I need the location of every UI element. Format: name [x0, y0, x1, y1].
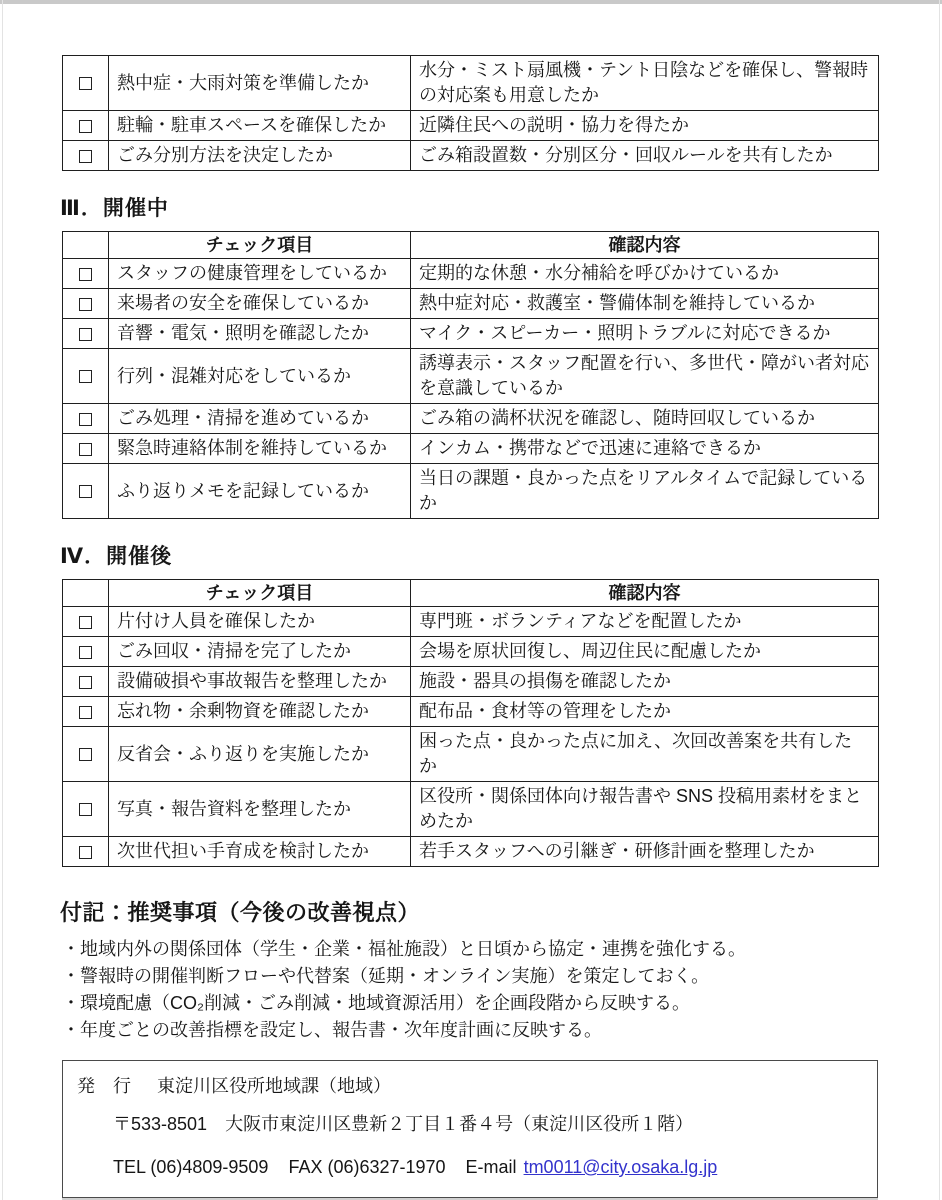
checkbox[interactable]: [79, 485, 92, 498]
check-detail: 困った点・良かった点に加え、次回改善案を共有したか: [411, 727, 879, 782]
pre-event-checklist-table: 熱中症・大雨対策を準備したか 水分・ミスト扇風機・テント日陰などを確保し、警報時…: [62, 55, 879, 171]
checkbox[interactable]: [79, 370, 92, 383]
checkbox-cell: [63, 319, 109, 349]
checkbox-cell: [63, 56, 109, 111]
table-row: 反省会・ふり返りを実施したか 困った点・良かった点に加え、次回改善案を共有したか: [63, 727, 879, 782]
checkbox-cell: [63, 727, 109, 782]
detail-column-header: 確認内容: [411, 232, 879, 259]
check-item: スタッフの健康管理をしているか: [109, 259, 411, 289]
screenshot-top-edge: [0, 0, 942, 4]
checkbox-cell: [63, 434, 109, 464]
table-row: 写真・報告資料を整理したか 区役所・関係団体向け報告書や SNS 投稿用素材をま…: [63, 782, 879, 837]
table-row: ごみ分別方法を決定したか ごみ箱設置数・分別区分・回収ルールを共有したか: [63, 141, 879, 171]
checkbox-cell: [63, 349, 109, 404]
checkbox-column-header: [63, 232, 109, 259]
table-row: 次世代担い手育成を検討したか 若手スタッフへの引継ぎ・研修計画を整理したか: [63, 837, 879, 867]
notes-heading: 付記：推奨事項（今後の改善視点）: [60, 896, 878, 927]
checkbox[interactable]: [79, 443, 92, 456]
after-event-checklist-table: チェック項目 確認内容 片付け人員を確保したか 専門班・ボランティアなどを配置し…: [62, 579, 879, 867]
detail-column-header: 確認内容: [411, 580, 879, 607]
table-row: 緊急時連絡体制を維持しているか インカム・携帯などで迅速に連絡できるか: [63, 434, 879, 464]
checkbox[interactable]: [79, 268, 92, 281]
check-item: 設備破損や事故報告を整理したか: [109, 667, 411, 697]
checkbox[interactable]: [79, 748, 92, 761]
recommendation-list: ・地域内外の関係団体（学生・企業・福祉施設）と日頃から協定・連携を強化する。 ・…: [62, 936, 878, 1044]
check-detail: 配布品・食材等の管理をしたか: [411, 697, 879, 727]
check-detail: ごみ箱の満杯状況を確認し、随時回収しているか: [411, 404, 879, 434]
table-row: ふり返りメモを記録しているか 当日の課題・良かった点をリアルタイムで記録している…: [63, 464, 879, 519]
check-detail: 若手スタッフへの引継ぎ・研修計画を整理したか: [411, 837, 879, 867]
checkbox-cell: [63, 607, 109, 637]
table-header-row: チェック項目 確認内容: [63, 232, 879, 259]
check-item: 行列・混雑対応をしているか: [109, 349, 411, 404]
check-item: 写真・報告資料を整理したか: [109, 782, 411, 837]
check-item: 次世代担い手育成を検討したか: [109, 837, 411, 867]
document-content: 熱中症・大雨対策を準備したか 水分・ミスト扇風機・テント日陰などを確保し、警報時…: [0, 55, 942, 1198]
checkbox-cell: [63, 837, 109, 867]
check-detail: 専門班・ボランティアなどを配置したか: [411, 607, 879, 637]
during-event-checklist-table: チェック項目 確認内容 スタッフの健康管理をしているか 定期的な休憩・水分補給を…: [62, 231, 879, 519]
email-label: E-mail: [466, 1155, 517, 1179]
table-row: ごみ回収・清掃を完了したか 会場を原状回復し、周辺住民に配慮したか: [63, 637, 879, 667]
check-item: ごみ回収・清掃を完了したか: [109, 637, 411, 667]
check-detail: ごみ箱設置数・分別区分・回収ルールを共有したか: [411, 141, 879, 171]
checkbox-column-header: [63, 580, 109, 607]
checkbox-cell: [63, 404, 109, 434]
check-detail: 熱中症対応・救護室・警備体制を維持しているか: [411, 289, 879, 319]
checkbox-cell: [63, 667, 109, 697]
checkbox[interactable]: [79, 150, 92, 163]
list-item: ・警報時の開催判断フローや代替案（延期・オンライン実施）を策定しておく。: [62, 963, 878, 990]
checkbox[interactable]: [79, 646, 92, 659]
check-detail: 定期的な休憩・水分補給を呼びかけているか: [411, 259, 879, 289]
table-header-row: チェック項目 確認内容: [63, 580, 879, 607]
email-link[interactable]: tm0011@city.osaka.lg.jp: [524, 1155, 718, 1179]
section-heading-during-event: Ⅲ．開催中: [60, 192, 878, 222]
table-row: 来場者の安全を確保しているか 熱中症対応・救護室・警備体制を維持しているか: [63, 289, 879, 319]
list-item: ・年度ごとの改善指標を設定し、報告書・次年度計画に反映する。: [62, 1017, 878, 1044]
fax-number: FAX (06)6327-1970: [288, 1155, 445, 1179]
checkbox[interactable]: [79, 77, 92, 90]
checkbox[interactable]: [79, 616, 92, 629]
check-detail: 区役所・関係団体向け報告書や SNS 投稿用素材をまとめたか: [411, 782, 879, 837]
check-detail: 施設・器具の損傷を確認したか: [411, 667, 879, 697]
table-row: スタッフの健康管理をしているか 定期的な休憩・水分補給を呼びかけているか: [63, 259, 879, 289]
table-row: 駐輪・駐車スペースを確保したか 近隣住民への説明・協力を得たか: [63, 111, 879, 141]
check-item: ふり返りメモを記録しているか: [109, 464, 411, 519]
list-item: ・環境配慮（CO₂削減・ごみ削減・地域資源活用）を企画段階から反映する。: [62, 990, 878, 1017]
publisher-box: 発 行 東淀川区役所地域課（地域） 〒533-8501 大阪市東淀川区豊新２丁目…: [62, 1060, 878, 1198]
check-detail: 会場を原状回復し、周辺住民に配慮したか: [411, 637, 879, 667]
checkbox[interactable]: [79, 120, 92, 133]
checkbox-cell: [63, 637, 109, 667]
checkbox-cell: [63, 782, 109, 837]
check-item: 片付け人員を確保したか: [109, 607, 411, 637]
check-item: ごみ分別方法を決定したか: [109, 141, 411, 171]
check-detail: マイク・スピーカー・照明トラブルに対応できるか: [411, 319, 879, 349]
table-row: 忘れ物・余剰物資を確認したか 配布品・食材等の管理をしたか: [63, 697, 879, 727]
check-detail: インカム・携帯などで迅速に連絡できるか: [411, 434, 879, 464]
check-detail: 当日の課題・良かった点をリアルタイムで記録しているか: [411, 464, 879, 519]
check-item: 駐輪・駐車スペースを確保したか: [109, 111, 411, 141]
table-row: 片付け人員を確保したか 専門班・ボランティアなどを配置したか: [63, 607, 879, 637]
check-item: 忘れ物・余剰物資を確認したか: [109, 697, 411, 727]
publisher-address: 〒533-8501 大阪市東淀川区豊新２丁目１番４号（東淀川区役所１階）: [113, 1112, 863, 1136]
list-item: ・地域内外の関係団体（学生・企業・福祉施設）と日頃から協定・連携を強化する。: [62, 936, 878, 963]
checkbox[interactable]: [79, 413, 92, 426]
checkbox-cell: [63, 697, 109, 727]
checkbox-cell: [63, 464, 109, 519]
table-row: 行列・混雑対応をしているか 誘導表示・スタッフ配置を行い、多世代・障がい者対応を…: [63, 349, 879, 404]
checkbox[interactable]: [79, 328, 92, 341]
checkbox-cell: [63, 111, 109, 141]
document-page: { "colors": { "hyperlink": "#3333cc", "t…: [0, 0, 942, 1200]
item-column-header: チェック項目: [109, 232, 411, 259]
check-item: 反省会・ふり返りを実施したか: [109, 727, 411, 782]
publisher-org: 東淀川区役所地域課（地域）: [157, 1074, 391, 1098]
table-row: 設備破損や事故報告を整理したか 施設・器具の損傷を確認したか: [63, 667, 879, 697]
checkbox[interactable]: [79, 803, 92, 816]
publisher-contact: TEL (06)4809-9509 FAX (06)6327-1970 E-ma…: [113, 1155, 863, 1179]
checkbox[interactable]: [79, 846, 92, 859]
checkbox-cell: [63, 289, 109, 319]
table-row: ごみ処理・清掃を進めているか ごみ箱の満杯状況を確認し、随時回収しているか: [63, 404, 879, 434]
table-row: 音響・電気・照明を確認したか マイク・スピーカー・照明トラブルに対応できるか: [63, 319, 879, 349]
table-row: 熱中症・大雨対策を準備したか 水分・ミスト扇風機・テント日陰などを確保し、警報時…: [63, 56, 879, 111]
check-item: 熱中症・大雨対策を準備したか: [109, 56, 411, 111]
publisher-line: 発 行 東淀川区役所地域課（地域）: [77, 1074, 863, 1098]
tel-number: TEL (06)4809-9509: [113, 1155, 268, 1179]
checkbox[interactable]: [79, 706, 92, 719]
check-detail: 誘導表示・スタッフ配置を行い、多世代・障がい者対応を意識しているか: [411, 349, 879, 404]
item-column-header: チェック項目: [109, 580, 411, 607]
section-heading-after-event: Ⅳ．開催後: [60, 540, 878, 570]
checkbox[interactable]: [79, 676, 92, 689]
check-item: 来場者の安全を確保しているか: [109, 289, 411, 319]
check-item: 音響・電気・照明を確認したか: [109, 319, 411, 349]
check-detail: 水分・ミスト扇風機・テント日陰などを確保し、警報時の対応案も用意したか: [411, 56, 879, 111]
checkbox[interactable]: [79, 298, 92, 311]
check-detail: 近隣住民への説明・協力を得たか: [411, 111, 879, 141]
publisher-label: 発 行: [77, 1074, 131, 1098]
check-item: ごみ処理・清掃を進めているか: [109, 404, 411, 434]
checkbox-cell: [63, 259, 109, 289]
checkbox-cell: [63, 141, 109, 171]
check-item: 緊急時連絡体制を維持しているか: [109, 434, 411, 464]
